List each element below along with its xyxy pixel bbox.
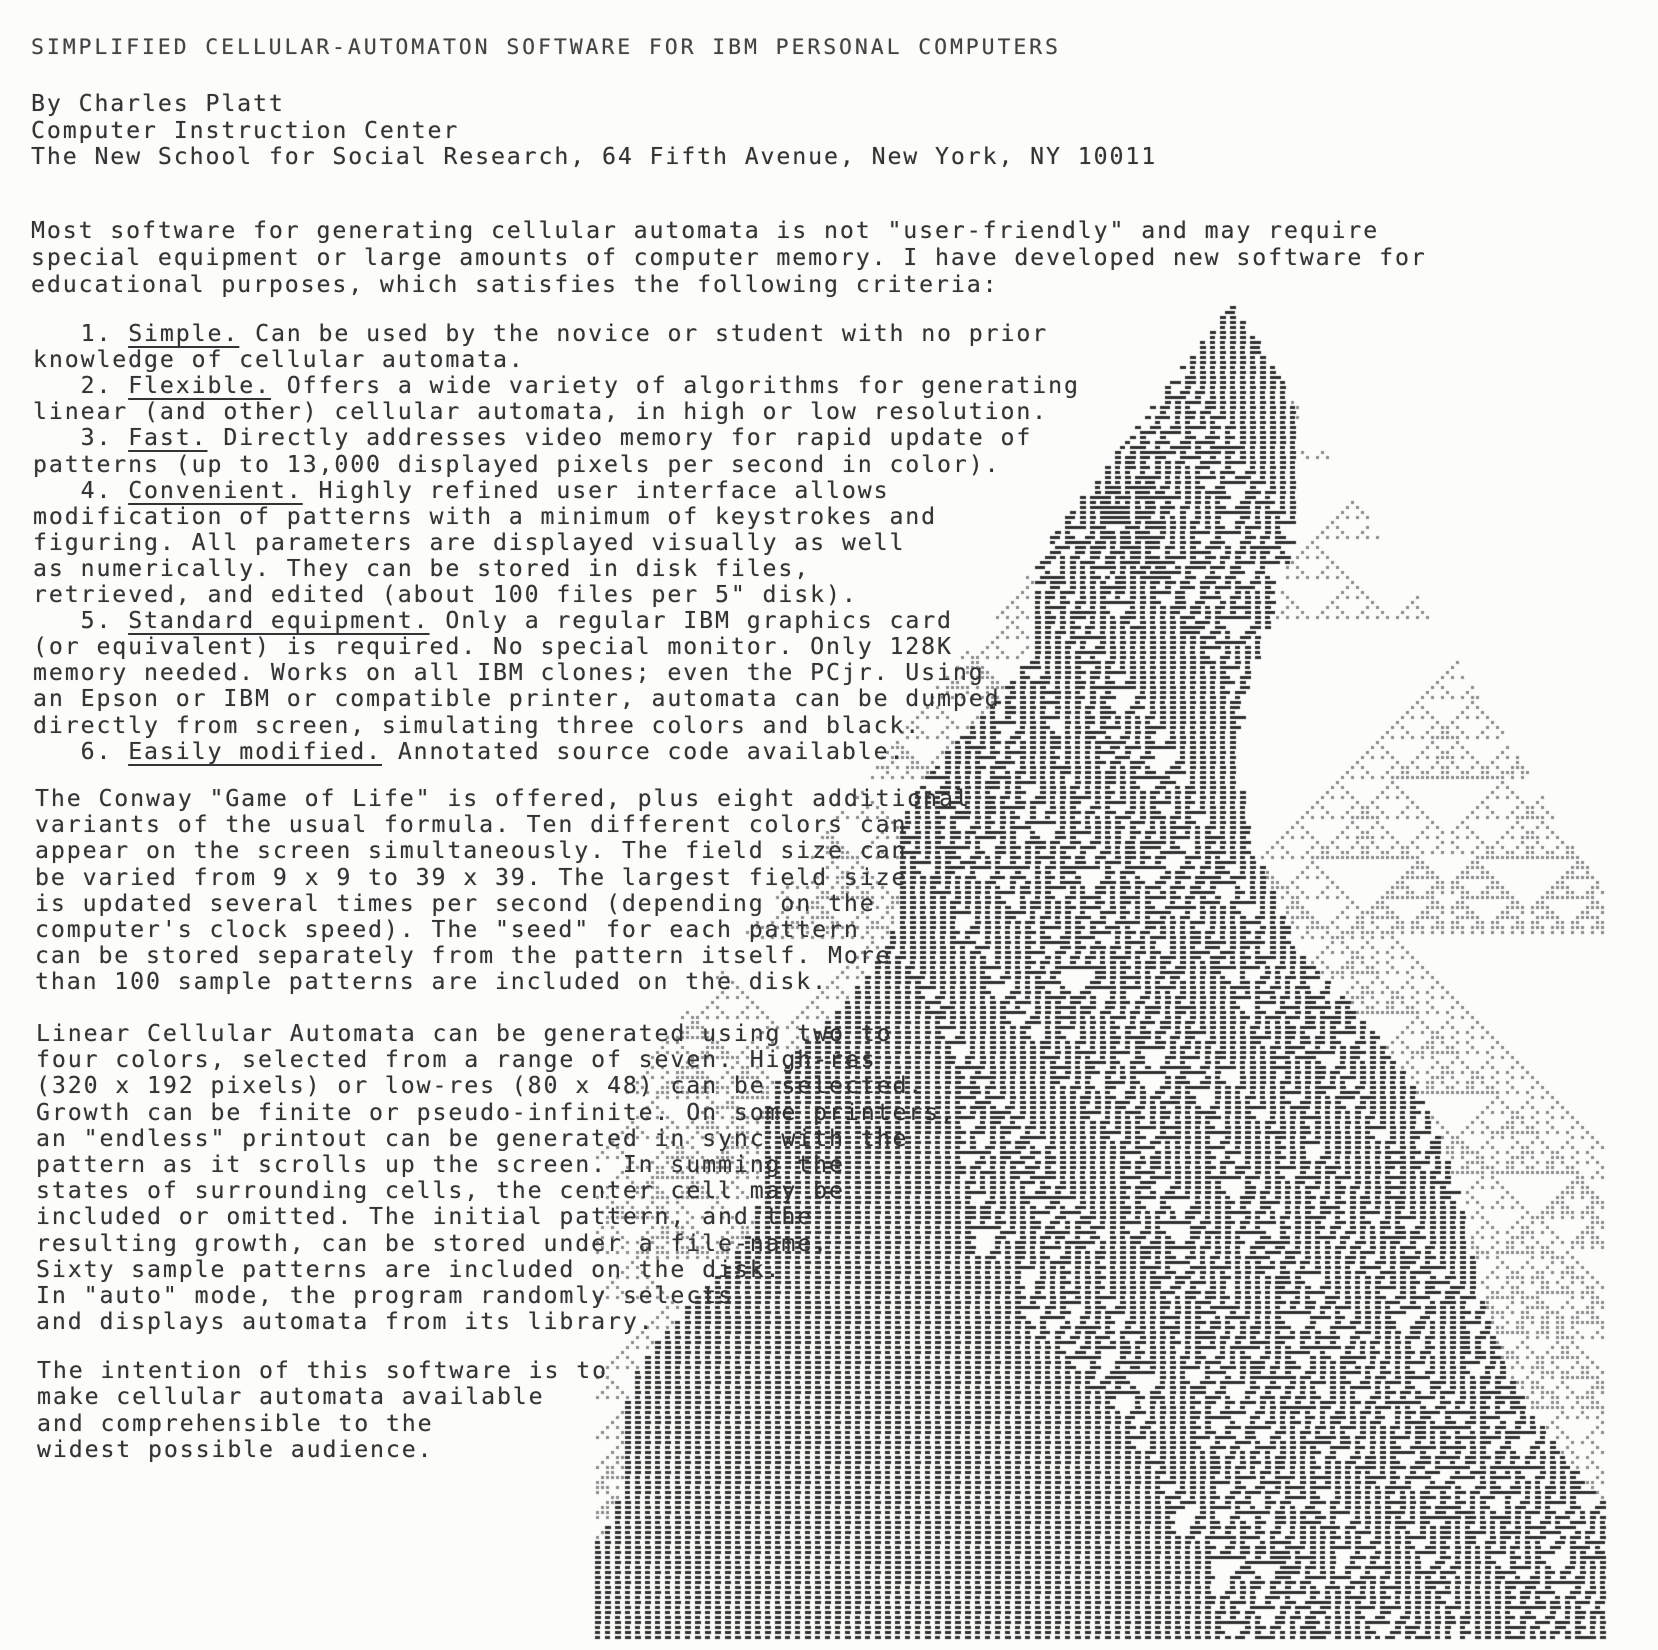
intention-line: The intention of this software is to <box>37 1357 608 1384</box>
criterion-number: 2. <box>81 372 129 399</box>
criterion-number: 1. <box>81 320 129 347</box>
intro-line: special equipment or large amounts of co… <box>31 244 1427 271</box>
life-line: can be stored separately from the patter… <box>35 942 891 969</box>
life-line: be varied from 9 x 9 to 39 x 39. The lar… <box>35 864 907 891</box>
address-line: The New School for Social Research, 64 F… <box>31 143 1157 170</box>
criterion-heading: Fast. <box>128 424 207 451</box>
criterion-heading: Convenient. <box>128 477 302 504</box>
criterion-continuation: an Epson or IBM or compatible printer, a… <box>33 685 1000 712</box>
criterion-text: Only a regular IBM graphics card <box>430 607 953 634</box>
criterion-continuation: memory needed. Works on all IBM clones; … <box>33 659 985 686</box>
linear-line: Sixty sample patterns are included on th… <box>36 1256 781 1283</box>
life-line: is updated several times per second (dep… <box>35 890 876 917</box>
criterion-item: 5. Standard equipment. Only a regular IB… <box>33 607 953 634</box>
criterion-number: 4. <box>81 477 129 504</box>
criterion-continuation: patterns (up to 13,000 displayed pixels … <box>33 451 1000 478</box>
criterion-text: Annotated source code available. <box>382 738 905 765</box>
criterion-continuation: (or equivalent) is required. No special … <box>33 633 953 660</box>
criterion-item: 6. Easily modified. Annotated source cod… <box>33 738 905 765</box>
department-line: Computer Instruction Center <box>31 117 459 144</box>
life-line: appear on the screen simultaneously. The… <box>35 837 907 864</box>
criterion-continuation: knowledge of cellular automata. <box>33 346 525 373</box>
linear-line: (320 x 192 pixels) or low-res (80 x 48) … <box>36 1072 924 1099</box>
criterion-continuation: as numerically. They can be stored in di… <box>33 555 810 582</box>
intention-line: and comprehensible to the <box>37 1410 434 1437</box>
criterion-item: 3. Fast. Directly addresses video memory… <box>33 424 1032 451</box>
author-line: By Charles Platt <box>31 90 285 117</box>
linear-line: an "endless" printout can be generated i… <box>36 1125 908 1152</box>
criterion-text: Directly addresses video memory for rapi… <box>208 424 1033 451</box>
criterion-number: 3. <box>81 424 129 451</box>
linear-line: states of surrounding cells, the center … <box>36 1177 845 1204</box>
intention-line: widest possible audience. <box>37 1436 434 1463</box>
criterion-continuation: modification of patterns with a minimum … <box>33 503 937 530</box>
criterion-continuation: figuring. All parameters are displayed v… <box>33 529 905 556</box>
document-page: SIMPLIFIED CELLULAR-AUTOMATON SOFTWARE F… <box>0 0 1658 1650</box>
linear-line: Growth can be finite or pseudo-infinite.… <box>36 1099 956 1126</box>
criterion-heading: Easily modified. <box>128 738 382 765</box>
criterion-continuation: retrieved, and edited (about 100 files p… <box>33 581 858 608</box>
document-title: SIMPLIFIED CELLULAR-AUTOMATON SOFTWARE F… <box>31 34 1061 61</box>
linear-line: included or omitted. The initial pattern… <box>36 1203 813 1230</box>
document-text: SIMPLIFIED CELLULAR-AUTOMATON SOFTWARE F… <box>0 0 1658 1650</box>
criterion-heading: Flexible. <box>128 372 271 399</box>
intro-line: Most software for generating cellular au… <box>31 217 1379 244</box>
life-line: variants of the usual formula. Ten diffe… <box>35 811 907 838</box>
intention-line: make cellular automata available <box>37 1383 545 1410</box>
intro-line: educational purposes, which satisfies th… <box>31 271 998 298</box>
criterion-text: Offers a wide variety of algorithms for … <box>271 372 1080 399</box>
criterion-number: 5. <box>81 607 129 634</box>
life-line: computer's clock speed). The "seed" for … <box>35 916 860 943</box>
criterion-item: 1. Simple. Can be used by the novice or … <box>33 320 1048 347</box>
linear-line: resulting growth, can be stored under a … <box>36 1230 829 1257</box>
linear-line: four colors, selected from a range of se… <box>36 1046 877 1073</box>
criterion-continuation: directly from screen, simulating three c… <box>33 712 921 739</box>
life-line: The Conway "Game of Life" is offered, pl… <box>35 785 971 812</box>
criterion-text: Can be used by the novice or student wit… <box>239 320 1048 347</box>
criterion-number: 6. <box>81 738 129 765</box>
criterion-continuation: linear (and other) cellular automata, in… <box>33 398 1048 425</box>
linear-line: Linear Cellular Automata can be generate… <box>36 1020 892 1047</box>
criterion-item: 2. Flexible. Offers a wide variety of al… <box>33 372 1080 399</box>
criterion-heading: Simple. <box>128 320 239 347</box>
life-line: than 100 sample patterns are included on… <box>35 968 828 995</box>
criterion-item: 4. Convenient. Highly refined user inter… <box>33 477 889 504</box>
criterion-heading: Standard equipment. <box>128 607 429 634</box>
linear-line: In "auto" mode, the program randomly sel… <box>36 1282 734 1309</box>
criterion-text: Highly refined user interface allows <box>303 477 890 504</box>
linear-line: pattern as it scrolls up the screen. In … <box>36 1151 845 1178</box>
linear-line: and displays automata from its library. <box>36 1308 655 1335</box>
